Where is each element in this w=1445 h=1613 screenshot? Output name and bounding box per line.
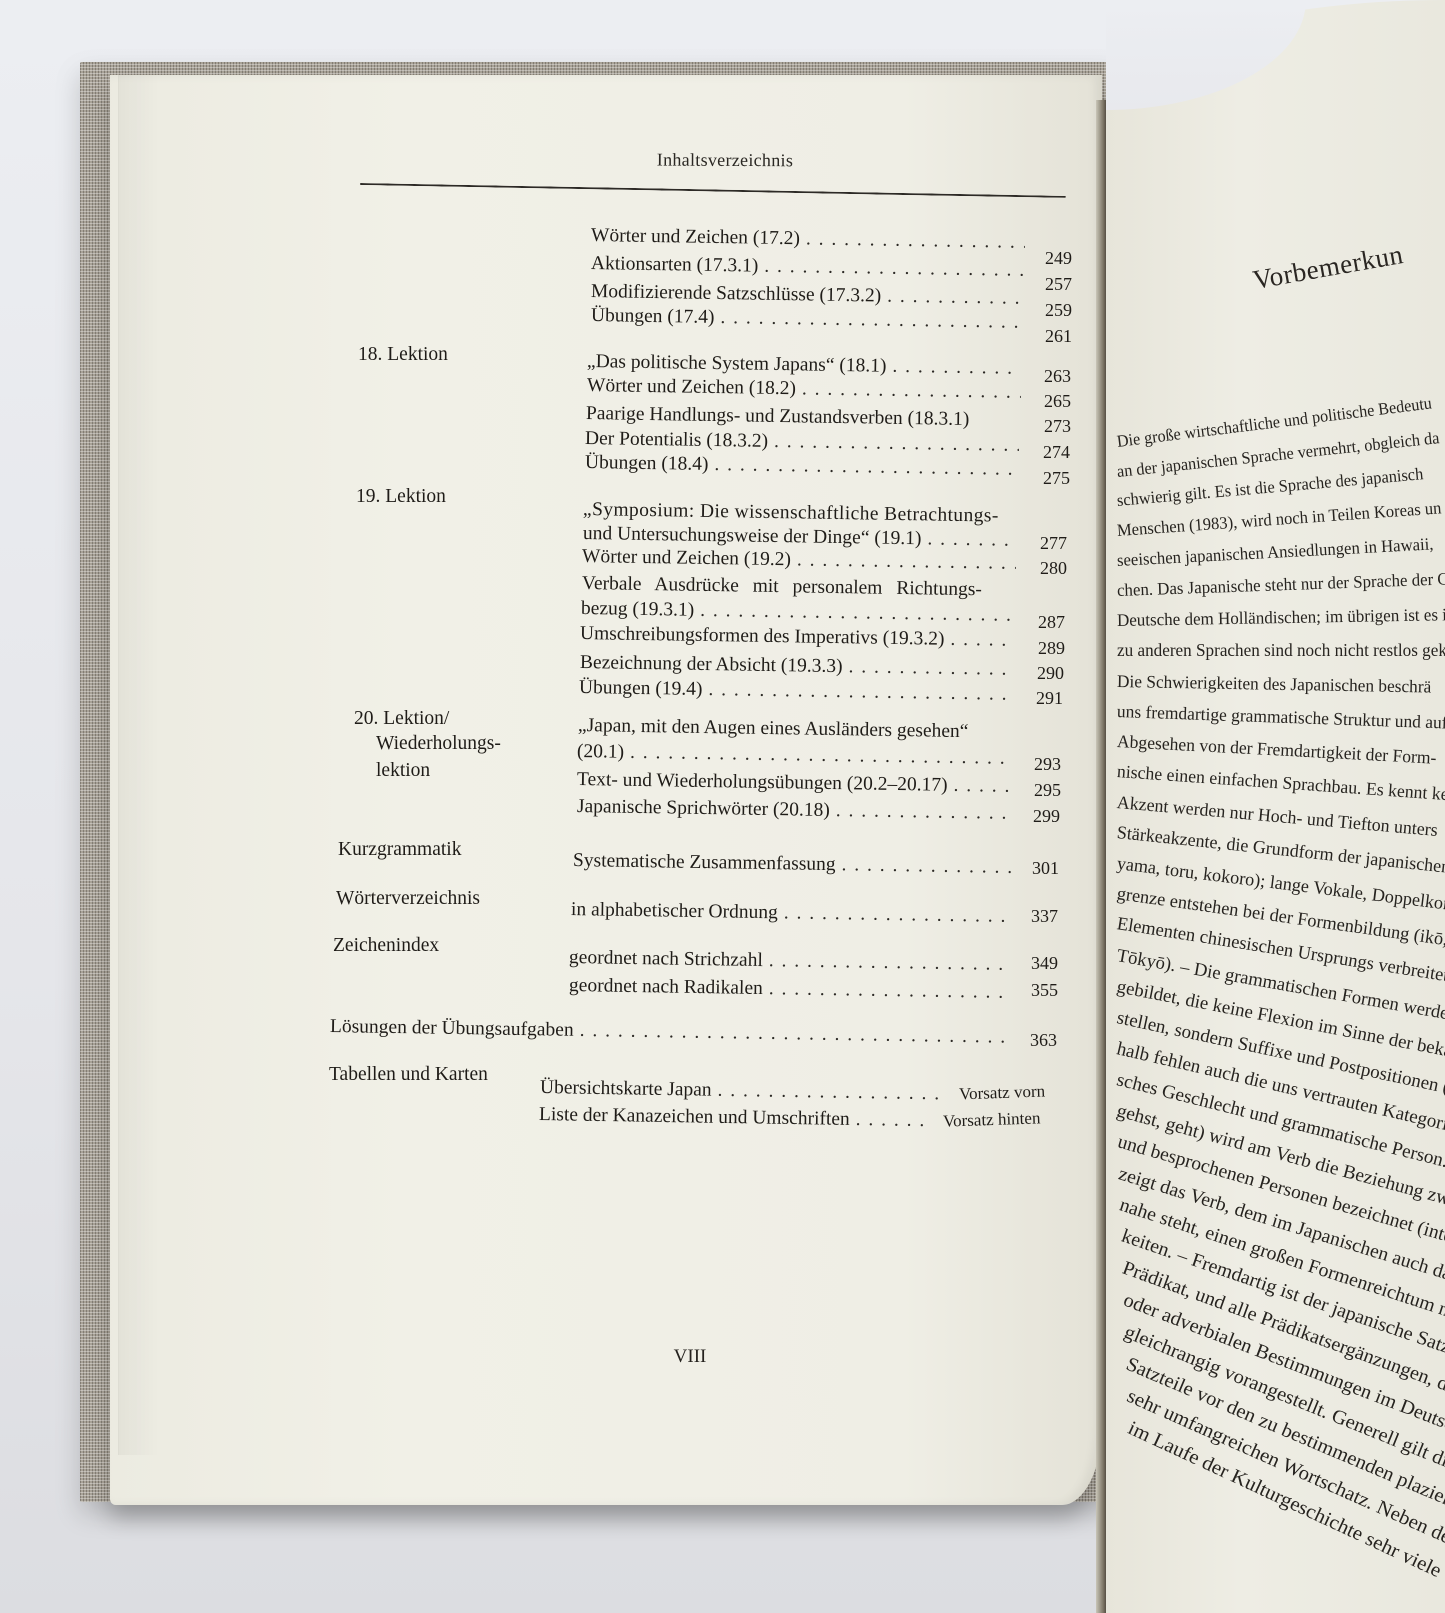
leader-dots [927,527,1017,552]
toc-entry-title: Liste der Kanazeichen und Umschriften [539,1103,850,1132]
section-label-woerterverzeichnis: Wörterverzeichnis [336,887,480,911]
leader-dots [708,678,1013,707]
toc-entry-title: Wörter und Zeichen (19.2) [582,545,791,572]
toc-entry[interactable]: in alphabetischer Ordnung [571,898,1017,929]
page-number: 289 [1038,636,1065,660]
toc-entry[interactable]: Übersichtskarte Japan [540,1076,945,1106]
leader-dots [714,453,1019,482]
toc-entry-title: Umschreibungsformen des Imperativs (19.3… [580,622,945,652]
toc-entry-title: Aktionsarten (17.3.1) [591,252,759,279]
page-number: 363 [1030,1028,1057,1052]
toc-entry-title: Systematische Zusammenfassung [573,849,836,877]
leader-dots [630,741,1013,771]
page-reference: Vorsatz hinten [943,1106,1041,1133]
leader-dots [797,548,1016,575]
leader-dots [802,377,1021,404]
page-number: 249 [1045,246,1072,270]
section-label-kurzgrammatik: Kurzgrammatik [338,838,461,862]
body-text-line: zu anderen Sprachen sind noch nicht rest… [1117,640,1445,661]
section-label-lektion-20: 20. Lektion/ [354,707,449,731]
toc-entry-title: geordnet nach Strichzahl [569,946,763,973]
toc-entry[interactable]: Aktionsarten (17.3.1) [591,252,1031,283]
page-number: 275 [1043,466,1070,490]
toc-entry[interactable]: Wörter und Zeichen (17.2) [591,224,1031,255]
page-number: 301 [1032,856,1059,880]
toc-entry-title: Übersichtskarte Japan [540,1076,712,1103]
section-label-zeichenindex: Zeichenindex [333,934,439,958]
toc-entry[interactable]: Systematische Zusammenfassung [573,849,1017,880]
toc-entry-title: Der Potentialis (18.3.2) [585,427,768,454]
toc-entry[interactable]: geordnet nach Radikalen [569,974,1017,1005]
toc-entry-title: Übungen (19.4) [579,676,703,702]
page-number: 295 [1034,778,1061,802]
toc-entry-title: Text- und Wiederholungsübungen (20.2–20.… [577,768,948,798]
toc-entry-title-line2: bezug (19.3.1) [581,597,695,623]
toc-entry-title: Wörter und Zeichen (17.2) [591,224,800,251]
leader-dots [769,977,1012,1005]
toc-entry-title: Japanische Sprichwörter (20.18) [577,795,830,823]
toc-entry[interactable]: geordnet nach Strichzahl [569,946,1017,977]
toc-entry-title: Übungen (18.4) [585,451,709,477]
table-of-contents: Wörter und Zeichen (17.2) 249 Aktionsart… [0,0,1100,1400]
toc-entry-title: Bezeichnung der Absicht (19.3.3) [580,651,843,679]
page-number: 291 [1036,686,1063,710]
toc-entry[interactable]: (20.1) [577,740,1019,771]
leader-dots [953,774,1013,799]
page-number: 259 [1045,298,1072,322]
section-label-tabellen-karten: Tabellen und Karten [329,1063,488,1087]
toc-entry-title: in alphabetischer Ordnung [571,898,778,925]
page-number: 299 [1033,804,1060,828]
leader-dots [717,1079,939,1106]
page-number: 337 [1031,904,1058,928]
toc-entry-title-line2: (20.1) [577,740,624,765]
section-label-lektion-18: 18. Lektion [358,343,448,367]
leader-dots [836,799,1013,826]
leader-dots [848,655,1014,682]
leader-dots [887,285,1025,311]
leader-dots [720,306,1025,335]
page-number: 355 [1031,978,1058,1002]
page-number: 287 [1038,610,1065,634]
toc-entry-title: geordnet nach Radikalen [569,974,763,1001]
toc-entry-title: Wörter und Zeichen (18.2) [587,374,796,401]
leader-dots [892,355,1021,381]
page-number: 290 [1037,661,1064,685]
section-label-lektion-20-line2: Wiederholungs- [376,732,501,756]
page-number: 349 [1031,951,1058,975]
page-number: 263 [1044,364,1071,388]
leader-dots [950,628,1014,653]
page-number: 257 [1045,272,1072,296]
page-number: 265 [1044,389,1071,413]
toc-entry[interactable]: Text- und Wiederholungsübungen (20.2–20.… [577,768,1019,799]
leader-dots [806,227,1025,254]
page-folio: VIII [660,1346,720,1368]
page-reference: Vorsatz vorn [959,1080,1046,1107]
toc-entry-title: Übungen (17.4) [591,304,715,330]
toc-entry[interactable]: Liste der Kanazeichen und Umschriften [539,1103,934,1133]
toc-entry[interactable]: Japanische Sprichwörter (20.18) [577,795,1019,826]
page-number: 293 [1034,752,1061,776]
leader-dots [769,949,1012,977]
leader-dots [856,1108,929,1133]
toc-entry-loesungen[interactable]: Lösungen der Übungsaufgaben [330,1015,1016,1050]
leader-dots [764,255,1025,283]
page-number: 277 [1040,531,1067,555]
section-label-lektion-19: 19. Lektion [356,485,446,509]
page-number: 280 [1040,556,1067,580]
section-label-lektion-20-line3: lektion [376,759,430,783]
leader-dots [841,853,1011,880]
page-number: 261 [1045,324,1072,348]
toc-entry-title[interactable]: „Japan, mit den Augen eines Ausländers g… [578,714,969,744]
leader-dots [784,901,1011,929]
leader-dots [700,599,1015,628]
leader-dots [579,1019,1010,1050]
page-number: 274 [1043,440,1070,464]
section-label-loesungen: Lösungen der Übungsaufgaben [330,1015,574,1043]
page-number: 273 [1044,414,1071,438]
